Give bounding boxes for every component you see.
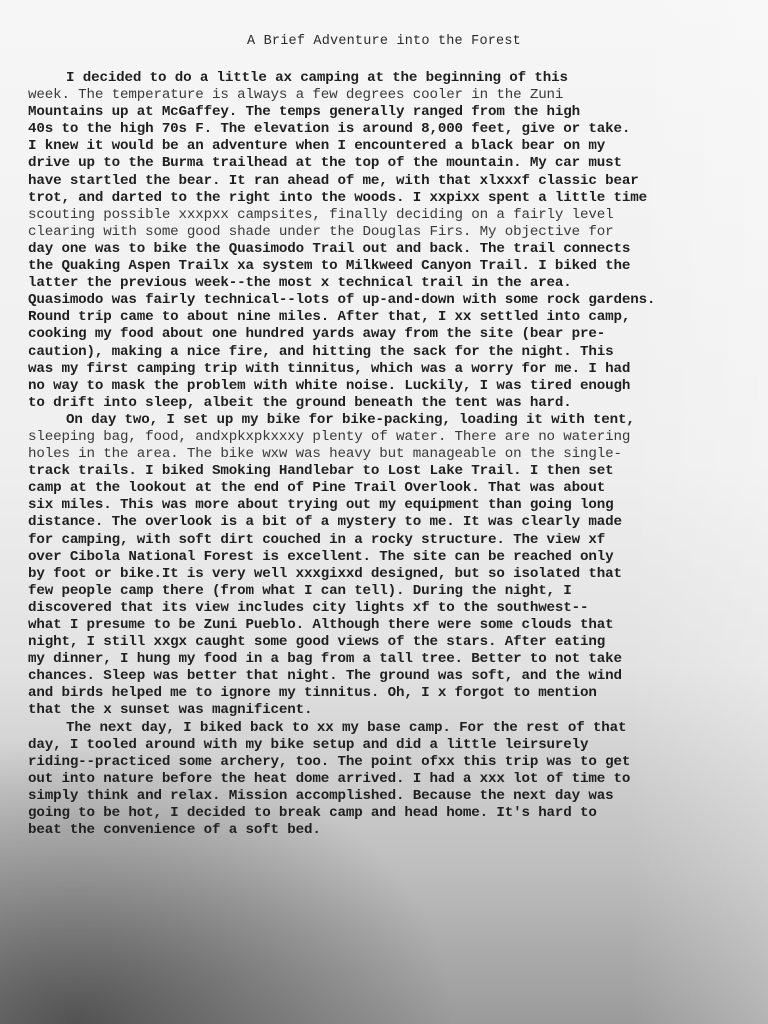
text-line: I decided to do a little ax camping at t… (28, 70, 748, 87)
text-line: my dinner, I hung my food in a bag from … (28, 651, 748, 668)
text-line: that the x sunset was magnificent. (28, 702, 748, 719)
text-line: discovered that its view includes city l… (28, 600, 748, 617)
text-line: riding--practiced some archery, too. The… (28, 754, 748, 771)
text-line: week. The temperature is always a few de… (28, 87, 748, 104)
text-line: The next day, I biked back to xx my base… (28, 720, 748, 737)
text-line: On day two, I set up my bike for bike-pa… (28, 412, 748, 429)
text-line: camp at the lookout at the end of Pine T… (28, 480, 748, 497)
text-line: out into nature before the heat dome arr… (28, 771, 748, 788)
paragraph: I decided to do a little ax camping at t… (28, 70, 748, 412)
text-line: by foot or bike.It is very well xxxgixxd… (28, 566, 748, 583)
text-line: day one was to bike the Quasimodo Trail … (28, 241, 748, 258)
text-line: day, I tooled around with my bike setup … (28, 737, 748, 754)
text-line: 40s to the high 70s F. The elevation is … (28, 121, 748, 138)
text-line: scouting possible xxxpxx campsites, fina… (28, 207, 748, 224)
text-line: I knew it would be an adventure when I e… (28, 138, 748, 155)
text-line: drive up to the Burma trailhead at the t… (28, 155, 748, 172)
text-line: going to be hot, I decided to break camp… (28, 805, 748, 822)
text-line: have startled the bear. It ran ahead of … (28, 173, 748, 190)
paragraph: On day two, I set up my bike for bike-pa… (28, 412, 748, 720)
text-line: Mountains up at McGaffey. The temps gene… (28, 104, 748, 121)
text-line: was my first camping trip with tinnitus,… (28, 361, 748, 378)
text-line: what I presume to be Zuni Pueblo. Althou… (28, 617, 748, 634)
text-line: holes in the area. The bike wxw was heav… (28, 446, 748, 463)
text-line: Round trip came to about nine miles. Aft… (28, 309, 748, 326)
text-line: beat the convenience of a soft bed. (28, 822, 748, 839)
text-line: six miles. This was more about trying ou… (28, 497, 748, 514)
paragraph-container: I decided to do a little ax camping at t… (28, 70, 748, 839)
text-line: track trails. I biked Smoking Handlebar … (28, 463, 748, 480)
text-line: simply think and relax. Mission accompli… (28, 788, 748, 805)
text-line: over Cibola National Forest is excellent… (28, 549, 748, 566)
text-line: cooking my food about one hundred yards … (28, 326, 748, 343)
text-line: sleeping bag, food, andxpkxpkxxxy plenty… (28, 429, 748, 446)
text-line: to drift into sleep, albeit the ground b… (28, 395, 748, 412)
paragraph: The next day, I biked back to xx my base… (28, 720, 748, 840)
text-line: caution), making a nice fire, and hittin… (28, 344, 748, 361)
text-line: Quasimodo was fairly technical--lots of … (28, 292, 748, 309)
text-line: the Quaking Aspen Trailx xa system to Mi… (28, 258, 748, 275)
text-line: and birds helped me to ignore my tinnitu… (28, 685, 748, 702)
text-line: night, I still xxgx caught some good vie… (28, 634, 748, 651)
document-title: A Brief Adventure into the Forest (0, 34, 768, 49)
text-line: few people camp there (from what I can t… (28, 583, 748, 600)
text-line: for camping, with soft dirt couched in a… (28, 532, 748, 549)
text-line: no way to mask the problem with white no… (28, 378, 748, 395)
text-line: chances. Sleep was better that night. Th… (28, 668, 748, 685)
text-line: trot, and darted to the right into the w… (28, 190, 748, 207)
text-line: distance. The overlook is a bit of a mys… (28, 514, 748, 531)
text-line: latter the previous week--the most x tec… (28, 275, 748, 292)
text-line: clearing with some good shade under the … (28, 224, 748, 241)
document-body: I decided to do a little ax camping at t… (28, 70, 748, 839)
